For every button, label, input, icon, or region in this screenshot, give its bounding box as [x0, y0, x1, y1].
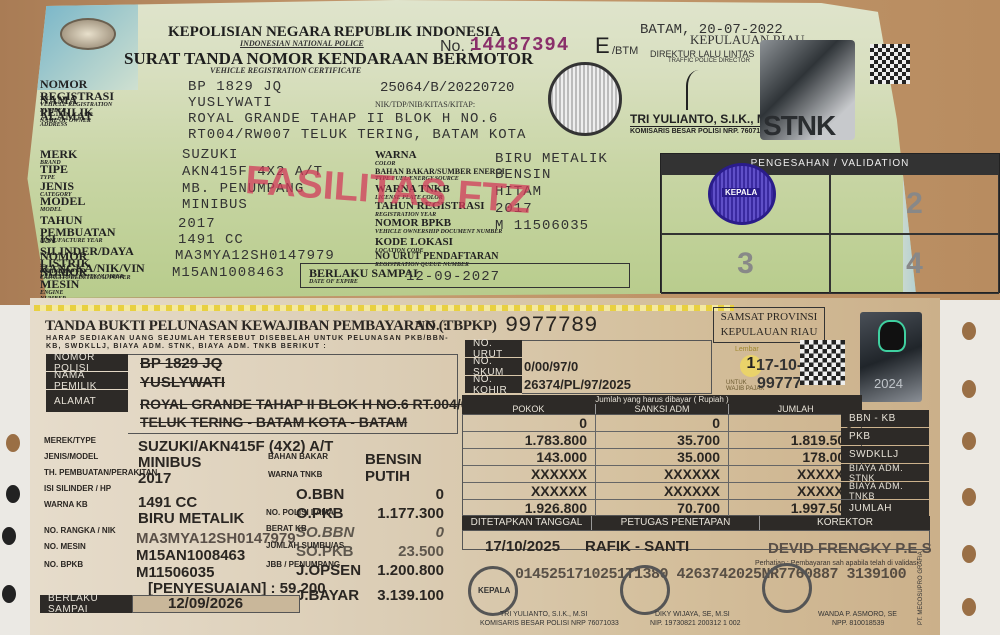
- hologram-label: STNK: [763, 110, 835, 142]
- label-nomor-polisi: NOMOR POLISI: [46, 354, 128, 371]
- table-row: 000: [463, 415, 861, 432]
- hologram-year: 2024: [874, 376, 903, 391]
- table-row: 1.926.80070.7001.997.500: [463, 500, 861, 517]
- payment-rows: 0001.783.80035.7001.819.500143.00035.000…: [463, 415, 861, 517]
- punch-hole: [962, 545, 976, 563]
- hologram-shield-icon: [878, 320, 906, 352]
- field-label-color: WARNACOLOR: [375, 150, 417, 167]
- expiry-label: BERLAKU SAMPAIDATE OF EXPIRE: [309, 267, 418, 285]
- value-alamat-line1: ROYAL GRANDE TAHAP II BLOK H NO.6 RT.004…: [140, 396, 484, 412]
- field-label-model: MODELMODEL: [40, 195, 85, 213]
- summary-row: J.OPSEN1.200.800: [296, 562, 444, 581]
- value-no-mesin: M15AN1008463: [136, 547, 245, 564]
- lembar-label: Lembar: [735, 346, 759, 353]
- punch-hole: [6, 434, 20, 452]
- document-title-en: VEHICLE REGISTRATION CERTIFICATE: [210, 66, 361, 75]
- value-warna-tnkb: PUTIH: [365, 468, 410, 485]
- label-no-urut: NO. URUT: [465, 340, 522, 357]
- punch-hole: [962, 488, 976, 506]
- tbpkp-number: 9977789: [505, 313, 597, 338]
- nik-label: NIK/TDP/NIB/KITAS/KITAP:: [375, 100, 475, 109]
- punch-hole: [962, 322, 976, 340]
- value-nomor-polisi: BP 1829 JQ: [140, 355, 222, 372]
- value-model: MINIBUS: [182, 197, 248, 213]
- label-warna-tnkb: WARNA TNKB: [268, 470, 322, 479]
- validation-header: PENGESAHAN / VALIDATION: [661, 154, 999, 174]
- stamp-2-icon: [620, 565, 670, 615]
- value-petugas: RAFIK - SANTI: [585, 538, 689, 555]
- head-korektor: KOREKTOR: [760, 516, 930, 530]
- signer-3-name: WANDA P. ASMORO, SE: [818, 611, 897, 618]
- table-caption: Jumlah yang harus dibayar ( Rupiah ): [462, 395, 862, 404]
- summary-row: SO.BBN0: [296, 524, 444, 543]
- validation-line: 0145251710251T1380 4263742025NR7760887 3…: [515, 566, 906, 583]
- table-cell-pokok: 1.926.800: [463, 500, 596, 516]
- value-address-line1: ROYAL GRANDE TAHAP II BLOK H NO.6: [188, 111, 498, 127]
- table-cell-pokok: 0: [463, 415, 596, 431]
- label-no-kohir: NO. KOHIR: [465, 376, 522, 393]
- label-warna-kb: WARNA KB: [44, 500, 88, 509]
- signer-1-name: TRI YULIANTO, S.I.K., M.SI: [500, 611, 587, 618]
- table-cell-sanksi: 35.000: [596, 449, 729, 465]
- signature-mark: [686, 70, 718, 110]
- summary-row: SO.PKB23.500: [296, 543, 444, 562]
- head-ditetapkan: DITETAPKAN TANGGAL: [462, 516, 592, 530]
- value-berlaku-sampai: 12/09/2026: [168, 595, 243, 612]
- signer-1-id: KOMISARIS BESAR POLISI NRP 76071033: [480, 620, 619, 627]
- issuer-rank: KOMISARIS BESAR POLISI NRP. 76071033: [630, 128, 772, 135]
- summary-row: O.PKB1.177.300: [296, 505, 444, 524]
- value-color: BIRU METALIK: [495, 151, 608, 167]
- punch-hole: [2, 585, 16, 603]
- samsat-box: SAMSAT PROVINSI KEPULAUAN RIAU: [713, 307, 825, 343]
- field-label-engine: NOMOR MESINENGINE NUMBER: [40, 266, 87, 302]
- field-label-bpkb: NOMOR BPKBVEHICLE OWNERSHIP DOCUMENT NUM…: [375, 218, 502, 235]
- table-cell-sanksi: XXXXXX: [596, 466, 729, 482]
- samsat-line-2: KEPULAUAN RIAU: [714, 325, 824, 340]
- label-berlaku-sampai: BERLAKU SAMPAI: [40, 595, 132, 613]
- label-nama-pemilik: NAMA PEMILIK: [46, 372, 128, 389]
- value-no-skum: 0/00/97/0: [524, 359, 578, 374]
- value-tahun: 2017: [138, 470, 171, 487]
- label-merek-type: MEREK/TYPE: [44, 436, 96, 445]
- label-bahan-bakar: BAHAN BAKAR: [268, 452, 328, 461]
- official-seal-icon: [548, 62, 622, 136]
- decorative-border: [34, 305, 734, 311]
- label-alamat: ALAMAT: [46, 390, 128, 412]
- row-label-pkb: PKB: [841, 428, 929, 445]
- table-cell-pokok: XXXXXX: [463, 466, 596, 482]
- row-label-bbn: BBN - KB: [841, 410, 929, 427]
- police-emblem-icon: [60, 18, 116, 50]
- validation-box: PENGESAHAN / VALIDATION 1 2 3 4: [660, 153, 1000, 293]
- label-no-rangka: NO. RANGKA / NIK: [44, 526, 116, 535]
- signer-2-id: NIP. 19730821 200312 1 002: [650, 620, 741, 627]
- value-address-line2: RT004/RW007 TELUK TERING, BATAM KOTA: [188, 127, 526, 143]
- qr-code-icon: [800, 340, 845, 385]
- registration-code: 25064/B/20220720: [380, 80, 514, 96]
- value-vin: MA3MYA12SH0147979: [175, 248, 335, 264]
- table-row: 143.00035.000178.000: [463, 449, 861, 466]
- table-row: XXXXXXXXXXXXXXXXXX: [463, 483, 861, 500]
- row-label-adm-tnkb: BIAYA ADM. TNKB: [841, 482, 929, 499]
- row-label-swdkllj: SWDKLLJ: [841, 446, 929, 463]
- punch-hole: [962, 598, 976, 616]
- table-cell-sanksi: 35.700: [596, 432, 729, 448]
- stamp-kepala-label: KEPALA: [478, 586, 510, 595]
- signer-3-id: NPP. 810018539: [832, 620, 884, 627]
- value-nama-pemilik: YUSLYWATI: [140, 374, 225, 391]
- expiry-date: 12-09-2027: [406, 269, 500, 285]
- validation-stamp-label: KEPALA: [722, 188, 760, 197]
- value-isi-silinder: 1491 CC: [138, 494, 197, 511]
- col-pokok: POKOK: [462, 404, 596, 414]
- table-cell-pokok: 1.783.800: [463, 432, 596, 448]
- serial-code: /BTM: [612, 45, 638, 57]
- value-owner-name: YUSLYWATI: [188, 95, 273, 111]
- validation-cell-3: 3: [661, 234, 830, 294]
- value-warna-kb: BIRU METALIK: [138, 510, 244, 527]
- value-alamat-line2: TELUK TERING - BATAM KOTA - BATAM: [140, 414, 407, 430]
- value-korektor: DEVID FRENGKY P.E S: [768, 540, 932, 557]
- qr-code-icon: [870, 44, 910, 84]
- head-petugas: PETUGAS PENETAPAN: [592, 516, 760, 530]
- punch-hole: [962, 380, 976, 398]
- row-labels: BBN - KB PKB SWDKLLJ BIAYA ADM. STNK BIA…: [841, 410, 929, 517]
- perforated-strip-right: [940, 300, 1000, 635]
- table-cell-sanksi: XXXXXX: [596, 483, 729, 499]
- value-ditetapkan: 17/10/2025: [485, 538, 560, 555]
- tbpkp-no-label: NO. :: [415, 319, 448, 335]
- label-no-mesin: NO. MESIN: [44, 542, 86, 551]
- serial-no-label: No. :: [440, 38, 474, 56]
- value-brand: SUZUKI: [182, 147, 238, 163]
- printer-name: PT. MECOSUPRO GRAFIA: [918, 551, 924, 625]
- value-cylinder: 1491 CC: [178, 232, 244, 248]
- row-label-jumlah: JUMLAH: [841, 500, 929, 517]
- table-cell-pokok: XXXXXX: [463, 483, 596, 499]
- payment-table: 0001.783.80035.7001.819.500143.00035.000…: [462, 414, 862, 516]
- label-isi-silinder: ISI SILINDER / HP: [44, 484, 111, 493]
- value-registration-number: BP 1829 JQ: [188, 79, 282, 95]
- value-no-kohir: 26374/PL/97/2025: [524, 377, 631, 392]
- col-sanksi: SANKSI ADM: [596, 404, 730, 414]
- stamp-3-icon: [762, 563, 812, 613]
- table-row: 1.783.80035.7001.819.500: [463, 432, 861, 449]
- label-no-bpkb: NO. BPKB: [44, 560, 83, 569]
- validation-cell-2: 2: [830, 174, 999, 234]
- value-engine-number: M15AN1008463: [172, 265, 285, 281]
- agency-name-en: INDONESIAN NATIONAL POLICE: [240, 39, 364, 48]
- value-bahan-bakar: BENSIN: [365, 451, 422, 468]
- table-cell-pokok: 143.000: [463, 449, 596, 465]
- table-row: XXXXXXXXXXXXXXXXXX: [463, 466, 861, 483]
- summary-row: O.BBN0: [296, 486, 444, 505]
- table-cell-sanksi: 70.700: [596, 500, 729, 516]
- field-label-address: ALAMATADDRESS: [40, 110, 92, 128]
- punch-hole: [962, 432, 976, 450]
- serial-suffix: E: [595, 33, 610, 59]
- samsat-line-1: SAMSAT PROVINSI: [714, 310, 824, 325]
- label-no-skum: NO. SKUM: [465, 358, 522, 375]
- value-no-bpkb: M11506035: [136, 564, 214, 581]
- punch-hole: [6, 485, 20, 503]
- table-header: POKOK SANKSI ADM JUMLAH: [462, 404, 862, 414]
- row-label-adm-stnk: BIAYA ADM. STNK: [841, 464, 929, 481]
- stnk-expiry-box: BERLAKU SAMPAIDATE OF EXPIRE 12-09-2027: [300, 263, 630, 288]
- table-cell-sanksi: 0: [596, 415, 729, 431]
- issuer-role-en: TRAFFIC POLICE DIRECTOR: [668, 58, 750, 64]
- tbpkp-notice: HARAP SEDIAKAN UANG SEJUMLAH TERSEBUT DI…: [46, 335, 456, 352]
- footer-header: DITETAPKAN TANGGAL PETUGAS PENETAPAN KOR…: [462, 516, 930, 530]
- punch-hole: [2, 527, 16, 545]
- value-jenis-model: MINIBUS: [138, 454, 201, 471]
- issuer-name: TRI YULIANTO, S.I.K., M.SI: [630, 112, 782, 127]
- label-jenis-model: JENIS/MODEL: [44, 452, 98, 461]
- validation-cell-4: 4: [830, 234, 999, 294]
- signer-2-name: DIKY WIJAYA, SE, M.SI: [655, 611, 730, 618]
- value-manufacture-year: 2017: [178, 216, 216, 232]
- serial-number: 14487394: [470, 34, 569, 56]
- qr-code-number: 99777: [757, 375, 802, 393]
